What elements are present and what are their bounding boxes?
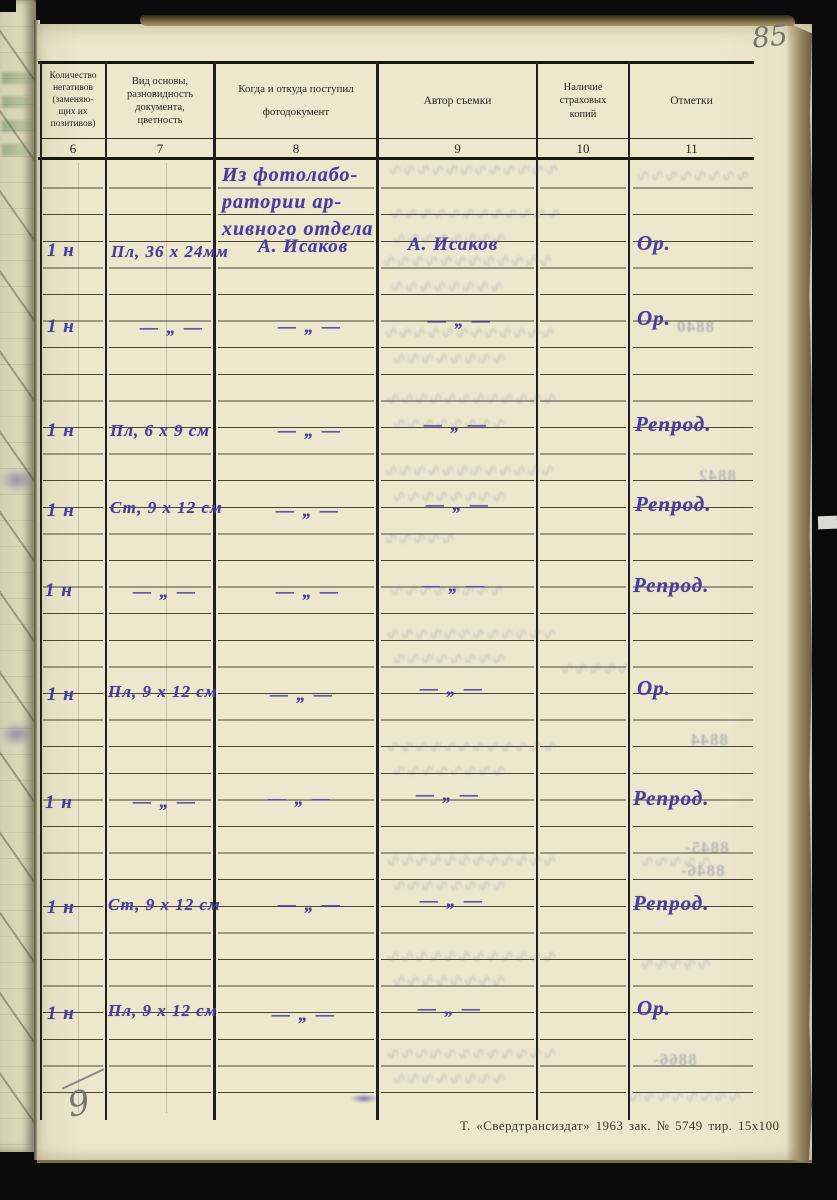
torn-top-edge (140, 15, 795, 26)
ruled-lines-col8 (218, 162, 374, 1115)
bleed-through-writing: ∿∿∿∿∿∿∿∿ (390, 277, 504, 297)
cell-received: — „ — (276, 581, 340, 602)
ink-smudge (350, 1094, 378, 1103)
table-border-vertical (213, 62, 216, 1120)
bleed-through-writing: ∿∿∿∿∿∿∿∿ (392, 649, 506, 669)
cell-base: Пл, 9 х 12 см (108, 682, 217, 702)
table-border-vertical (105, 62, 107, 1120)
cell-author: — „ — (416, 784, 480, 805)
cell-received: — „ — (278, 894, 342, 915)
cell-received: — „ — (272, 1004, 336, 1025)
bleed-through-writing: ∿∿∿∿∿∿∿∿∿∿∿∿ (384, 461, 555, 481)
bleed-through-print (2, 96, 30, 108)
bleed-through-writing: ∿∿∿∿∿∿∿∿∿∿∿∿ (386, 624, 557, 644)
bleed-through-number: 8866- (652, 1050, 697, 1070)
bleed-through-print (2, 144, 28, 156)
bleed-through-writing: ∿∿∿∿∿∿∿∿ (392, 761, 506, 781)
cell-received: А. Исаков (258, 236, 348, 258)
previous-page-edge (0, 0, 36, 1152)
cell-received: — „ — (278, 316, 342, 337)
cell-qty: 1 н (47, 897, 75, 919)
bleed-through-writing: ∿∿∿∿∿∿∿∿ (628, 1087, 742, 1107)
header-col9-title: Автор съемки (379, 64, 536, 138)
bleed-through-writing: ∿∿∿∿∿ (384, 529, 455, 549)
ink-smudge (0, 722, 34, 746)
header-col11-title: Отметки (630, 64, 753, 138)
bleed-through-writing: ∿∿∿∿∿∿∿∿∿∿∿∿ (386, 947, 557, 967)
bleed-through-writing: ∿∿∿∿∿∿∿∿ (392, 876, 506, 896)
torn-right-edge (786, 22, 812, 1162)
bleed-through-writing: ∿∿∿∿∿∿∿∿∿∿∿∿ (390, 204, 561, 224)
ruled-lines-col6 (43, 162, 103, 1115)
cell-base: — „ — (133, 791, 197, 812)
header-col9-number: 9 (379, 141, 536, 157)
cell-qty: 1 н (45, 792, 73, 814)
bleed-through-writing: ∿∿∿∿∿∿∿∿∿∿∿∿ (382, 251, 553, 271)
cell-marks: Репрод. (635, 412, 711, 437)
cell-marks: Ор. (637, 306, 671, 331)
bleed-through-writing: ∿∿∿∿∿ (640, 954, 711, 974)
cell-qty: 1 н (47, 1003, 75, 1025)
bleed-through-writing: ∿∿∿∿∿∿∿∿∿∿∿∿ (386, 737, 557, 757)
ledger-scan: 85 Количество негативов (заменяю- щих их… (0, 0, 837, 1200)
table-border-vertical (376, 62, 379, 1120)
cell-author: — „ — (418, 998, 482, 1019)
cell-author: — „ — (420, 678, 484, 699)
cell-qty: 1 н (47, 500, 75, 522)
header-col8-title: Когда и откуда поступил фотодокумент (216, 64, 376, 138)
header-col8-number: 8 (216, 141, 376, 157)
bleed-through-number: 8845- (684, 838, 729, 858)
page-number-pencil: 85 (750, 18, 789, 55)
bleed-through-writing: ∿∿∿∿∿∿∿∿∿∿∿∿ (386, 1044, 557, 1064)
header-col7-number: 7 (107, 141, 213, 157)
bleed-through-writing: ∿∿∿∿∿ (560, 659, 631, 679)
cell-base: — „ — (133, 581, 197, 602)
header-col6-title: Количество негативов (заменяю- щих их по… (41, 64, 105, 138)
cell-base: Пл, 6 х 9 см (110, 421, 210, 441)
bleed-through-number: 8840 (676, 317, 714, 337)
cell-marks: Репрод. (635, 492, 711, 517)
cell-marks: Репрод. (633, 786, 709, 811)
cell-marks: Ор. (637, 676, 671, 701)
header-col10-title: Наличие страховых копий (538, 64, 628, 138)
bleed-through-writing: ∿∿∿∿∿∿∿∿ (636, 166, 750, 186)
bleed-through-writing: ∿∿∿∿∿∿∿∿∿∿∿∿ (386, 389, 557, 409)
cell-qty: 1 н (45, 580, 73, 602)
header-col11-number: 11 (630, 141, 753, 157)
cell-marks: Ор. (637, 996, 671, 1021)
bleed-through-print (2, 120, 32, 132)
table-border-vertical (628, 62, 630, 1120)
cell-received: — „ — (276, 500, 340, 521)
bleed-through-writing: ∿∿∿∿∿∿∿∿ (390, 581, 504, 601)
cell-marks: Ор. (637, 231, 671, 256)
ruled-lines-col7 (109, 162, 211, 1115)
bleed-through-number: 8844 (690, 730, 728, 750)
bleed-through-writing: ∿∿∿∿∿∿∿∿ (392, 414, 506, 434)
bleed-through-writing: ∿∿∿∿∿∿∿∿ (392, 1069, 506, 1089)
cell-base: — „ — (140, 317, 204, 338)
bleed-through-writing: ∿∿∿∿∿∿∿∿ (392, 229, 506, 249)
bleed-through-number: 8846- (680, 861, 725, 881)
note-line: ратории ар- (222, 191, 342, 214)
cell-received: — „ — (268, 788, 332, 809)
bookmark-strip (818, 516, 837, 530)
bleed-through-writing: ∿∿∿∿∿∿∿∿ (392, 971, 506, 991)
bleed-through-writing: ∿∿∿∿∿∿∿∿∿∿∿∿ (386, 851, 557, 871)
cell-qty: 1 н (47, 420, 75, 442)
printer-imprint: Т. «Свердтрансиздат» 1963 зак. № 5749 ти… (460, 1118, 779, 1134)
bleed-through-writing: ∿∿∿∿∿∿∿∿∿∿∿∿ (384, 323, 555, 343)
bleed-through-writing: ∿∿∿∿∿∿∿∿∿∿∿∿ (388, 160, 559, 180)
bleed-through-print (2, 72, 32, 84)
cell-base: Ст, 9 х 12 см (108, 895, 221, 915)
cell-qty: 1 н (47, 240, 75, 262)
cell-marks: Репрод. (633, 891, 709, 916)
ink-smudge (0, 468, 34, 492)
cell-marks: Репрод. (633, 573, 709, 598)
cell-base: Пл, 9 х 12 см (108, 1001, 217, 1021)
bleed-through-writing: ∿∿∿∿∿∿∿∿ (392, 349, 506, 369)
cell-qty: 1 н (47, 316, 75, 338)
scan-corner (0, 0, 16, 12)
header-col6-number: 6 (41, 141, 105, 157)
cell-received: — „ — (278, 420, 342, 441)
cell-received: — „ — (270, 684, 334, 705)
bleed-through-number: 8842 (698, 466, 736, 486)
table-border-vertical (40, 62, 42, 1120)
bleed-through-writing: ∿∿∿∿∿∿∿∿ (392, 487, 506, 507)
cell-base: Ст, 9 х 12 см (110, 498, 223, 518)
note-line: Из фотолабо- (222, 164, 358, 187)
cell-base: Пл, 36 х 24мм (111, 242, 229, 262)
header-col10-number: 10 (538, 141, 628, 157)
cell-qty: 1 н (47, 684, 75, 706)
header-divider (40, 138, 753, 139)
header-col7-title: Вид основы, разновидность документа, цве… (107, 64, 213, 138)
